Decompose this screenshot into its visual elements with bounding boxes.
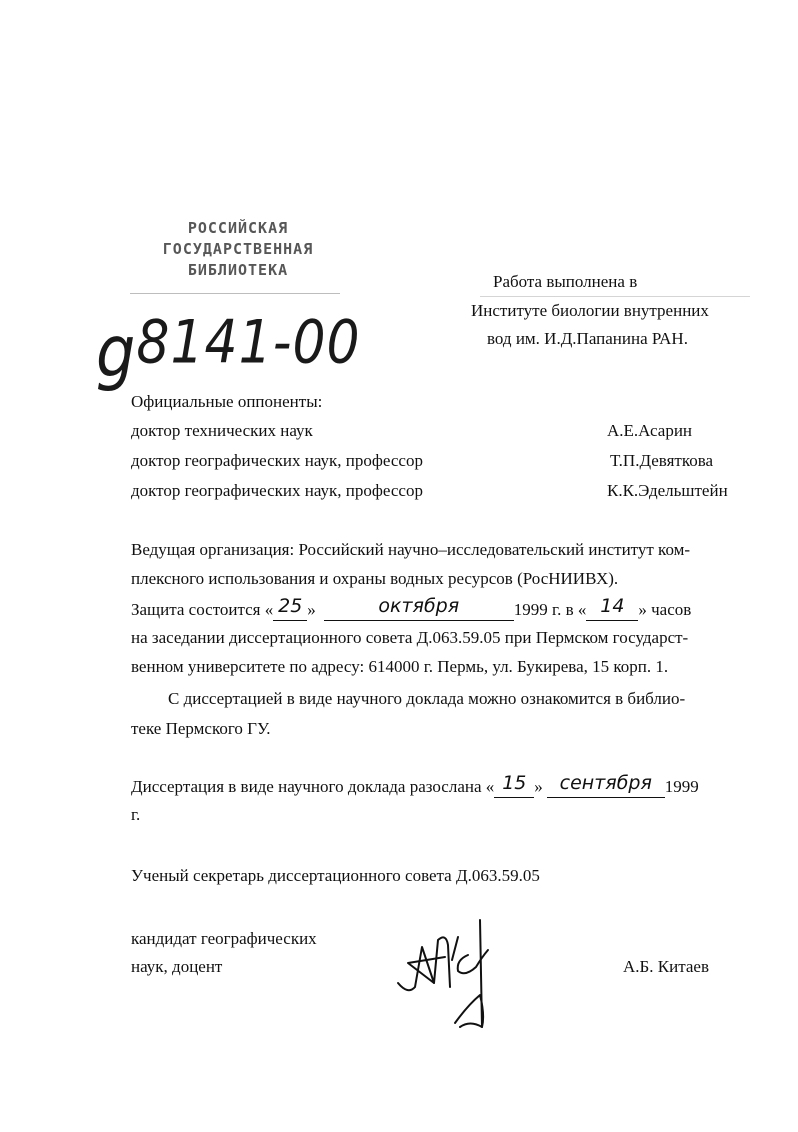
defense-suffix: » часов [638, 600, 691, 619]
stamp-line-1: РОССИЙСКАЯ [138, 218, 338, 239]
institute-line: Институте биологии внутренних [471, 301, 709, 321]
sent-month: сентября [560, 772, 652, 794]
institute-name-line: вод им. И.Д.Папанина РАН. [487, 329, 688, 349]
stamp-divider [130, 293, 340, 294]
secretary-degree-line-2: наук, доцент [131, 957, 222, 977]
secretary-title: Ученый секретарь диссертационного совета… [131, 866, 540, 886]
defense-day: 25 [278, 595, 302, 617]
shelf-mark-number: 8141-00 [136, 309, 360, 378]
defense-year: 1999 г. в « [514, 600, 587, 619]
defense-quote-close: » [307, 600, 316, 619]
sent-month-field: сентября [547, 775, 665, 798]
stamp-line-3: БИБЛИОТЕКА [138, 260, 338, 281]
secretary-degree-line-1: кандидат географических [131, 929, 317, 949]
sent-line-1: Диссертация в виде научного доклада разо… [131, 775, 699, 798]
opponent-1-degree: доктор технических наук [131, 421, 313, 441]
defense-hour-field: 14 [586, 598, 638, 621]
stamp-line-2: ГОСУДАРСТВЕННАЯ [138, 239, 338, 260]
opponent-3-name: К.К.Эдельштейн [607, 481, 728, 501]
shelf-mark: g8141-00 [96, 296, 361, 380]
sent-day: 15 [502, 772, 526, 794]
sent-day-field: 15 [494, 775, 534, 798]
defense-month: октября [378, 595, 459, 617]
opponent-3-degree: доктор географических наук, профессор [131, 481, 423, 501]
sent-prefix: Диссертация в виде научного доклада разо… [131, 777, 494, 796]
defense-hour: 14 [600, 595, 624, 617]
leading-org-line-1: Ведущая организация: Российский научно–и… [131, 540, 690, 560]
sent-quote-close: » [534, 777, 543, 796]
signature-icon [390, 905, 510, 1030]
sent-year: 1999 [665, 777, 699, 796]
defense-line-1: Защита состоится «25»октября1999 г. в «1… [131, 598, 691, 621]
opponent-2-degree: доктор географических наук, профессор [131, 451, 423, 471]
defense-month-field: октября [324, 598, 514, 621]
faint-divider [480, 296, 750, 297]
defense-day-field: 25 [273, 598, 307, 621]
library-line-2: теке Пермского ГУ. [131, 719, 271, 739]
sent-line-2: г. [131, 805, 140, 825]
opponent-2-name: Т.П.Девяткова [610, 451, 713, 471]
leading-org-line-2: плексного использования и охраны водных … [131, 569, 618, 589]
defense-prefix: Защита состоится « [131, 600, 273, 619]
defense-line-3: венном университете по адресу: 614000 г.… [131, 657, 668, 677]
work-done-at: Работа выполнена в [493, 272, 637, 292]
library-stamp: РОССИЙСКАЯ ГОСУДАРСТВЕННАЯ БИБЛИОТЕКА [138, 218, 338, 281]
shelf-mark-prefix: g [96, 310, 136, 394]
defense-line-2: на заседании диссертационного совета Д.0… [131, 628, 688, 648]
opponents-title: Официальные оппоненты: [131, 392, 322, 412]
opponent-1-name: А.Е.Асарин [607, 421, 692, 441]
secretary-name: А.Б. Китаев [623, 957, 709, 977]
library-line-1: С диссертацией в виде научного доклада м… [168, 689, 685, 709]
